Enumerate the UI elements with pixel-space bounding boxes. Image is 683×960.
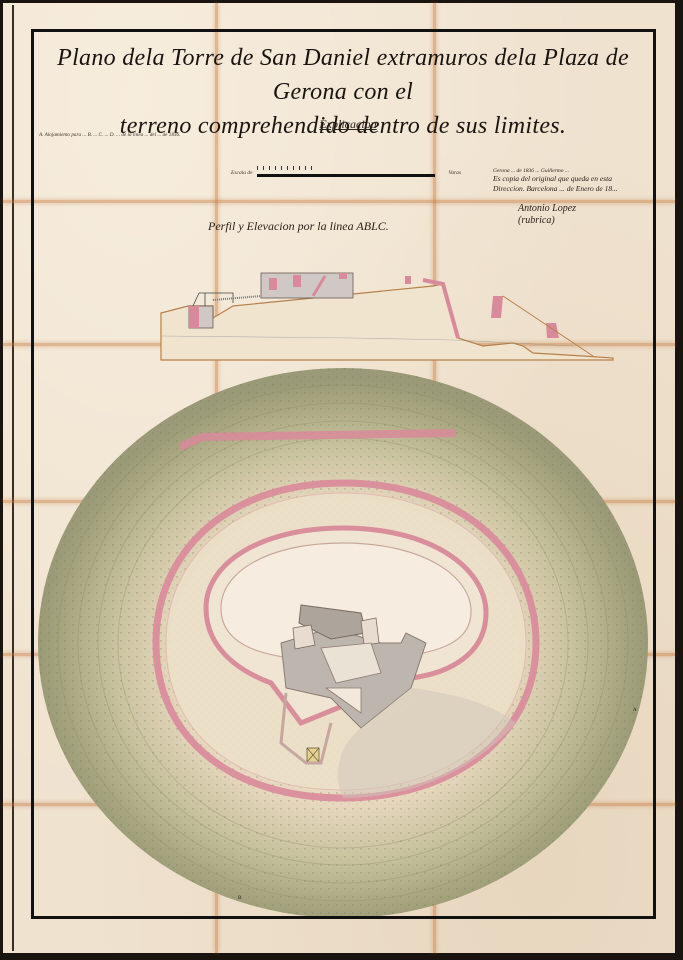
signature-name: Antonio Lopez	[518, 203, 638, 215]
legend-heading: Explicacion	[303, 117, 393, 132]
scale-bar: Escala de Varas	[231, 166, 461, 184]
point-label-b: B	[238, 896, 241, 901]
profile-caption: Perfil y Elevacion por la linea ABLC.	[208, 219, 428, 234]
note-line-2: Es copia del original que queda en esta	[493, 174, 653, 184]
scale-ticks	[257, 166, 317, 170]
signature-flourish: (rubrica)	[518, 215, 638, 227]
copy-note: Gerona ... de 1836 ... Guillermo ... Es …	[493, 168, 653, 194]
scale-label-left: Escala de	[231, 170, 253, 176]
point-label-a: A	[633, 708, 637, 713]
legend-text: A. Alojamiento para ... B. ... C. ... D.…	[39, 132, 599, 138]
map-sheet: Plano dela Torre de San Daniel extramuro…	[3, 3, 675, 953]
signature: Antonio Lopez (rubrica)	[518, 203, 638, 227]
note-line-3: Direccion. Barcelona ... de Enero de 18.…	[493, 184, 653, 194]
scale-label-right: Varas	[448, 170, 461, 176]
map-border	[31, 29, 656, 919]
title-line-1: Plano dela Torre de San Daniel extramuro…	[38, 41, 648, 109]
scale-line	[257, 174, 435, 177]
